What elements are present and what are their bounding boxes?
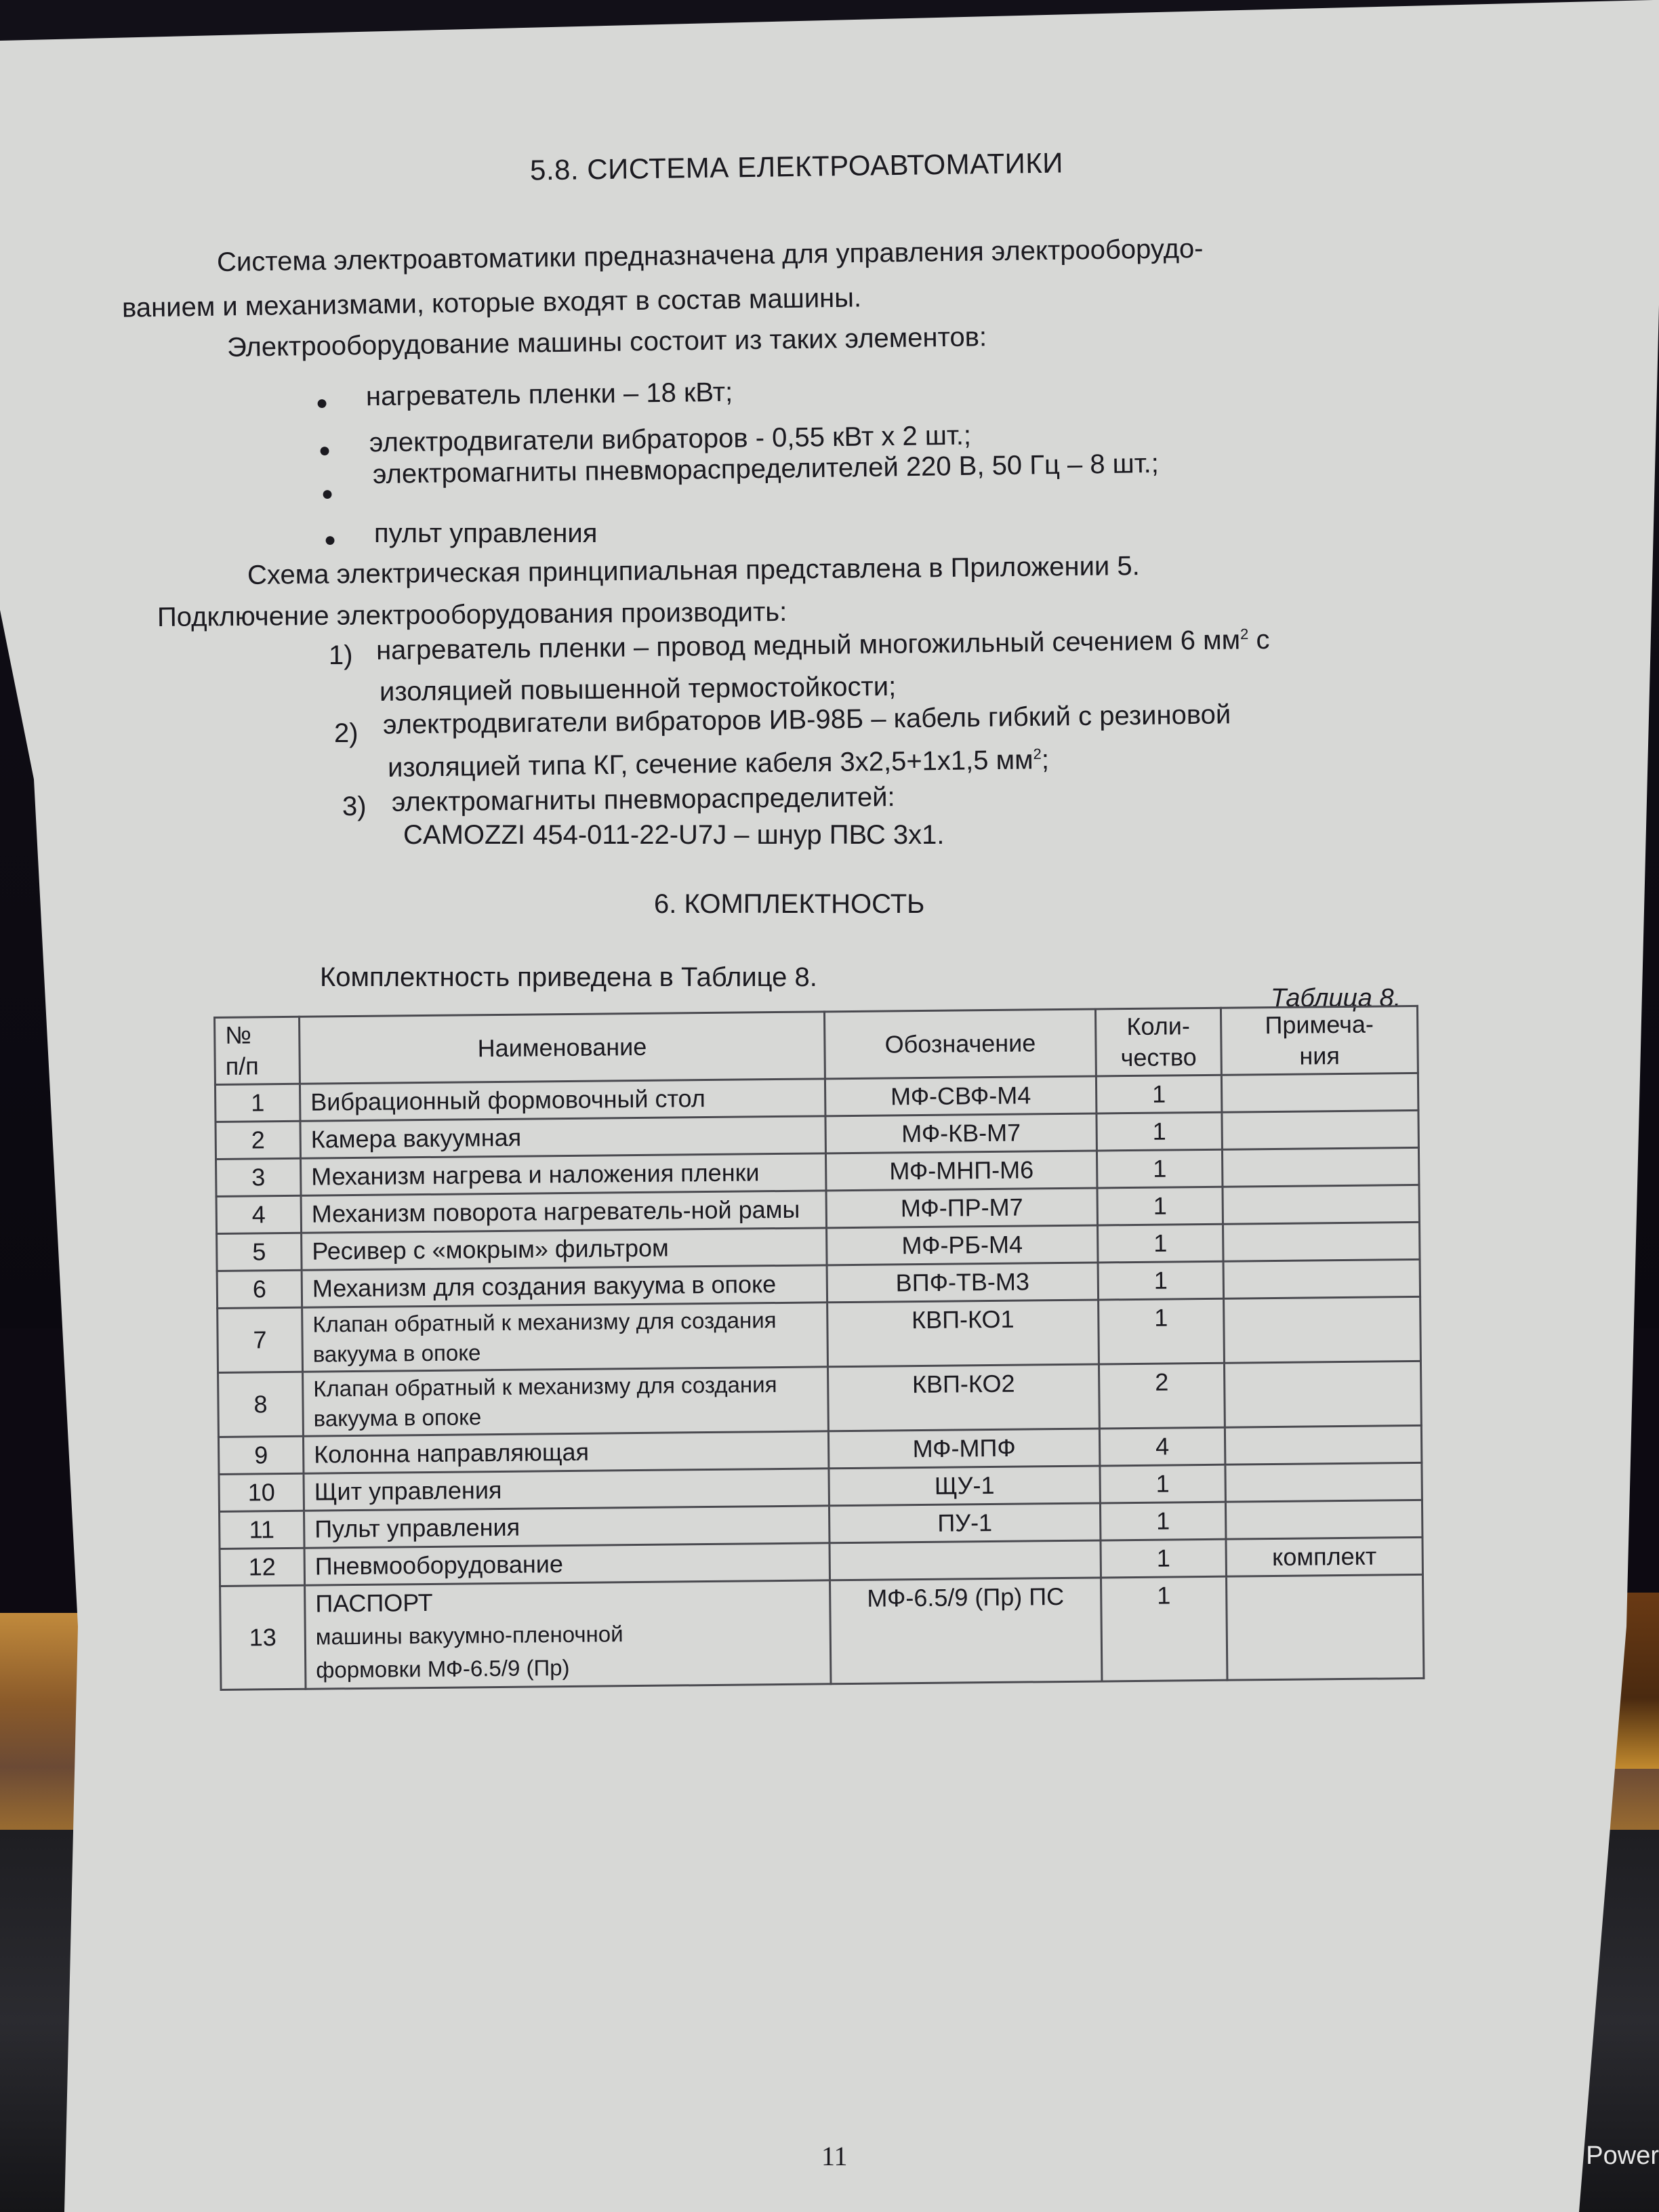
intro-paragraph-line-1: Система электроавтоматики предназначена … (217, 234, 1204, 278)
row-name: Ресивер с «мокрым» фильтром (302, 1228, 827, 1270)
connection-item-3-line-1: электромагниты пневмораспределитей: (392, 782, 895, 818)
row-name: Механизм для создания вакуума в опоке (302, 1265, 827, 1307)
row-name: Камера вакуумная (300, 1116, 825, 1158)
row-code: МФ-МНП-М6 (825, 1151, 1097, 1191)
row-name: Пневмооборудование (304, 1543, 829, 1585)
list-number: 1) (329, 640, 353, 671)
row-code: МФ-ПР-М7 (826, 1188, 1098, 1228)
row-number: 4 (216, 1195, 302, 1233)
row-quantity: 1 (1097, 1149, 1223, 1188)
row-name: ПАСПОРТмашины вакуумно-пленочнойформовки… (305, 1580, 831, 1689)
row-number: 2 (216, 1121, 301, 1159)
table-row: 13ПАСПОРТмашины вакуумно-пленочнойформов… (220, 1574, 1424, 1689)
document-page: 5.8. СИСТЕМА ЕЛЕКТРОАВТОМАТИКИ Система э… (0, 0, 1659, 2212)
row-notes (1222, 1110, 1419, 1149)
row-quantity: 1 (1097, 1112, 1223, 1151)
row-quantity: 1 (1101, 1576, 1227, 1681)
equipment-lead: Электрооборудование машины состоит из та… (227, 322, 987, 363)
header-qty: Коли-чество (1095, 1008, 1221, 1076)
row-number: 5 (217, 1233, 302, 1271)
row-quantity: 2 (1099, 1363, 1225, 1429)
row-notes (1225, 1425, 1422, 1465)
row-number: 9 (218, 1436, 304, 1474)
bullet-icon: ● (319, 439, 331, 462)
row-quantity: 1 (1097, 1187, 1223, 1225)
row-notes (1223, 1185, 1420, 1224)
row-notes (1222, 1147, 1419, 1187)
completeness-intro: Комплектность приведена в Таблице 8. (320, 962, 817, 993)
row-number: 8 (218, 1372, 304, 1437)
row-notes (1225, 1500, 1422, 1539)
connection-item-3-line-2: CAMOZZI 454-011-22-U7J – шнур ПВС 3х1. (403, 820, 944, 851)
table-row: 7Клапан обратный к механизму для создани… (218, 1296, 1421, 1372)
row-number: 1 (215, 1084, 300, 1122)
row-name: Клапан обратный к механизму для создания… (302, 1303, 828, 1372)
page-number: 11 (821, 2140, 848, 2172)
row-quantity: 1 (1098, 1224, 1224, 1263)
row-name: Пульт управления (304, 1506, 829, 1548)
connection-lead: Подключение электрооборудования производ… (157, 597, 787, 633)
row-notes (1226, 1574, 1423, 1680)
row-notes: комплект (1226, 1537, 1423, 1576)
row-code: МФ-РБ-М4 (827, 1225, 1099, 1265)
table-row: 8Клапан обратный к механизму для создани… (218, 1361, 1422, 1437)
header-code: Обозначение (824, 1009, 1096, 1079)
row-code: ЩУ-1 (829, 1466, 1101, 1506)
connection-item-1-line-1: нагреватель пленки – провод медный много… (376, 625, 1270, 666)
row-quantity: 1 (1099, 1298, 1225, 1364)
intro-paragraph-line-2: ванием и механизмами, которые входят в с… (122, 283, 862, 323)
section-title-completeness: 6. КОМПЛЕКТНОСТЬ (654, 889, 924, 920)
row-code: ПУ-1 (829, 1503, 1101, 1543)
row-name: Механизм поворота нагреватель-ной рамы (301, 1191, 826, 1233)
row-number: 12 (220, 1548, 305, 1586)
connection-item-1-line-2: изоляцией повышенной термостойкости; (380, 672, 897, 708)
bullet-icon: ● (321, 483, 333, 506)
header-name: Наименование (300, 1012, 825, 1084)
row-quantity: 1 (1098, 1261, 1224, 1300)
bullet-icon: ● (324, 529, 336, 552)
row-notes (1224, 1296, 1421, 1363)
row-quantity: 4 (1099, 1427, 1225, 1466)
list-number: 2) (334, 718, 359, 749)
equipment-item: нагреватель пленки – 18 кВт; (366, 377, 733, 413)
row-number: 11 (220, 1511, 305, 1549)
equipment-item: пульт управления (374, 518, 597, 549)
row-number: 3 (216, 1158, 302, 1196)
row-name: Колонна направляющая (303, 1431, 828, 1473)
row-notes (1223, 1222, 1420, 1261)
bullet-icon: ● (316, 392, 328, 415)
row-number: 10 (219, 1473, 304, 1511)
header-num: №п/п (215, 1017, 300, 1084)
connection-item-2-line-2: изоляцией типа КГ, сечение кабеля 3х2,5+… (388, 745, 1049, 783)
list-number: 3) (342, 792, 367, 822)
completeness-table: №п/п Наименование Обозначение Коли-честв… (213, 1005, 1422, 1691)
row-code (829, 1540, 1101, 1580)
row-notes (1225, 1462, 1422, 1502)
row-number: 7 (218, 1307, 303, 1372)
row-name: Щит управления (304, 1469, 829, 1511)
row-quantity: 1 (1100, 1502, 1226, 1540)
table-header-row: №п/п Наименование Обозначение Коли-честв… (215, 1006, 1418, 1084)
row-notes (1221, 1073, 1418, 1112)
row-notes (1223, 1259, 1420, 1298)
row-name: Вибрационный формовочный стол (300, 1079, 825, 1121)
row-code: ВПФ-ТВ-М3 (827, 1263, 1099, 1303)
scheme-reference: Схема электрическая принципиальная предс… (247, 551, 1140, 591)
row-name: Механизм нагрева и наложения пленки (301, 1153, 826, 1195)
row-quantity: 1 (1100, 1465, 1226, 1503)
row-quantity: 1 (1101, 1539, 1227, 1578)
row-code: КВП-КО2 (828, 1364, 1100, 1431)
row-code: МФ-6.5/9 (Пр) ПС (830, 1578, 1102, 1684)
row-number: 13 (220, 1585, 306, 1689)
section-title-electro-automation: 5.8. СИСТЕМА ЕЛЕКТРОАВТОМАТИКИ (530, 147, 1064, 187)
header-notes: Примеча-ния (1221, 1006, 1418, 1075)
row-notes (1224, 1361, 1421, 1427)
row-code: КВП-КО1 (827, 1300, 1099, 1367)
row-quantity: 1 (1096, 1075, 1222, 1113)
row-code: МФ-СВФ-М4 (825, 1076, 1097, 1116)
row-code: МФ-КВ-М7 (825, 1113, 1097, 1153)
row-code: МФ-МПФ (828, 1429, 1100, 1469)
row-name: Клапан обратный к механизму для создания… (303, 1367, 829, 1436)
row-number: 6 (217, 1270, 302, 1308)
